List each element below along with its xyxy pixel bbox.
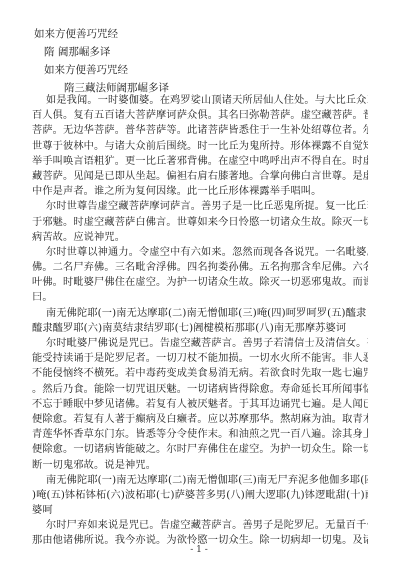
text-line: 尔时世尊告虚空藏菩萨摩诃萨言。善男子是一比丘恶鬼所捉。复一比丘著 <box>32 199 368 214</box>
text-line: 佛。二名尸弃佛。三名毗舍浮佛。四名拘娄孙佛。五名拘那含牟尼佛。六名迦 <box>32 260 368 275</box>
text-line: 病苦故。应说神咒。 <box>32 230 368 245</box>
text-line: 中作是声者。谁之所为复何因缘。此一比丘形体裸露举手唱叫。 <box>32 184 368 199</box>
document-title: 如来方便善巧咒经 <box>34 28 118 40</box>
document-page: 如来方便善巧咒经隋 阇那崛多译如来方便善巧咒经隋三藏法师阇那崛多译 如是我闻。一… <box>0 0 398 563</box>
text-line: 举手叫唤言语粗犷。更一比丘著邪背佛。在虚空中鸣呼出声不得自在。时虚空 <box>32 154 368 169</box>
heading-line: 如来方便善巧咒经 <box>44 64 128 76</box>
text-line: 南无佛陀耶(一)南无达摩耶(二)南无憎伽耶(三)南无尸弃泥多他伽多耶(四 <box>32 473 368 488</box>
text-line: 醯隶醯罗耶(六)南莫结隶结罗耶(七)阇楗模柘那耶(八)南无那摩苏婆诃 <box>32 321 368 336</box>
text-line: 曰。 <box>32 290 368 305</box>
text-line: 不能侵恼终不横死。若中毒药变成美食易消无病。若欲食时先取一匙七遍咒之 <box>32 366 368 381</box>
text-line: 尔时尸弃如来说是咒已。告虚空藏菩萨言。善男子是陀罗尼。无量百千亿 <box>32 518 368 533</box>
text-line: 菩萨。无边华菩萨。普华菩萨等。此诸菩萨皆悉住于一生补处绍尊位者。尔时 <box>32 123 368 138</box>
text-line: 藏菩萨。见闻是已即从坐起。偏袒右肩右膝著地。合掌向佛白言世尊。是虚空 <box>32 169 368 184</box>
text-line: 。然后乃食。能除一切咒诅厌魅。一切诸病皆得除愈。寿命延长耳所闻事忆持 <box>32 382 368 397</box>
heading-line: 隋 阇那崛多译 <box>44 46 110 58</box>
text-line: 于邪魅。时虚空藏菩萨白佛言。世尊如来今日怜愍一切诸众生故。除灭一切诸 <box>32 215 368 230</box>
text-line: 南无佛陀耶(一)南无达摩耶(二)南无憎伽耶(三)唵(四)呵罗呵罗(五)醯隶 <box>32 306 368 321</box>
text-line: 百人俱。复有五百诸大菩萨摩诃萨众俱。其名曰弥勒菩萨。虚空藏菩萨。普贤 <box>32 108 368 123</box>
text-line: 便除愈。若复有人著于癫病及白癞者。应以苏摩那华。熬胡麻为油。取青木香 <box>32 412 368 427</box>
text-line: 不忘于睡眠中梦见诸佛。若复有人被厌魅者。于其耳边诵咒七遍。是人闻已即 <box>32 397 368 412</box>
page-number: - 1 - <box>0 545 398 555</box>
text-line: 便除愈。一切诸病皆能破之。尔时尸弃佛住在虚空。为护一切众生。除一切病 <box>32 442 368 457</box>
text-line: 青莲华怀香草东门东。皆悉等分令使作末。和油煎之咒一百八遍。涂其身上即 <box>32 427 368 442</box>
text-line: 婆呵 <box>32 503 368 518</box>
text-line: 如是我闻。一时婆伽婆。在鸡罗娑山顶诸天所居仙人住处。与大比丘众五 <box>32 93 368 108</box>
text-line: 世尊于彼林中。与诸大众前后围绕。时一比丘为鬼所持。形体裸露不自觉知。 <box>32 139 368 154</box>
text-line: 能受持读诵于是陀罗尼者。一切刀杖不能加损。一切水火所不能害。非人恶鬼 <box>32 351 368 366</box>
text-line: )唵(五)钵柘钵柘(六)波柘耶(七)萨婆菩多男(八)阐大逻耶(九)钵逻毗甜(十)… <box>32 488 368 503</box>
text-line: 断一切鬼邪故。说是神咒。 <box>32 458 368 473</box>
text-line: 尔时世尊以神通力。令虚空中有六如来。忽然而现各各说咒。一名毗婆尸 <box>32 245 368 260</box>
text-line: 尔时毗婆尸佛说是咒已。告虚空藏菩萨言。善男子若清信士及清信女。有 <box>32 336 368 351</box>
text-line: 叶佛。时毗婆尸佛住在虚空。为护一切诸众生故。除灭一切恶邪鬼故。而说咒 <box>32 275 368 290</box>
document-body: 如是我闻。一时婆伽婆。在鸡罗娑山顶诸天所居仙人住处。与大比丘众五百人俱。复有五百… <box>32 93 368 549</box>
